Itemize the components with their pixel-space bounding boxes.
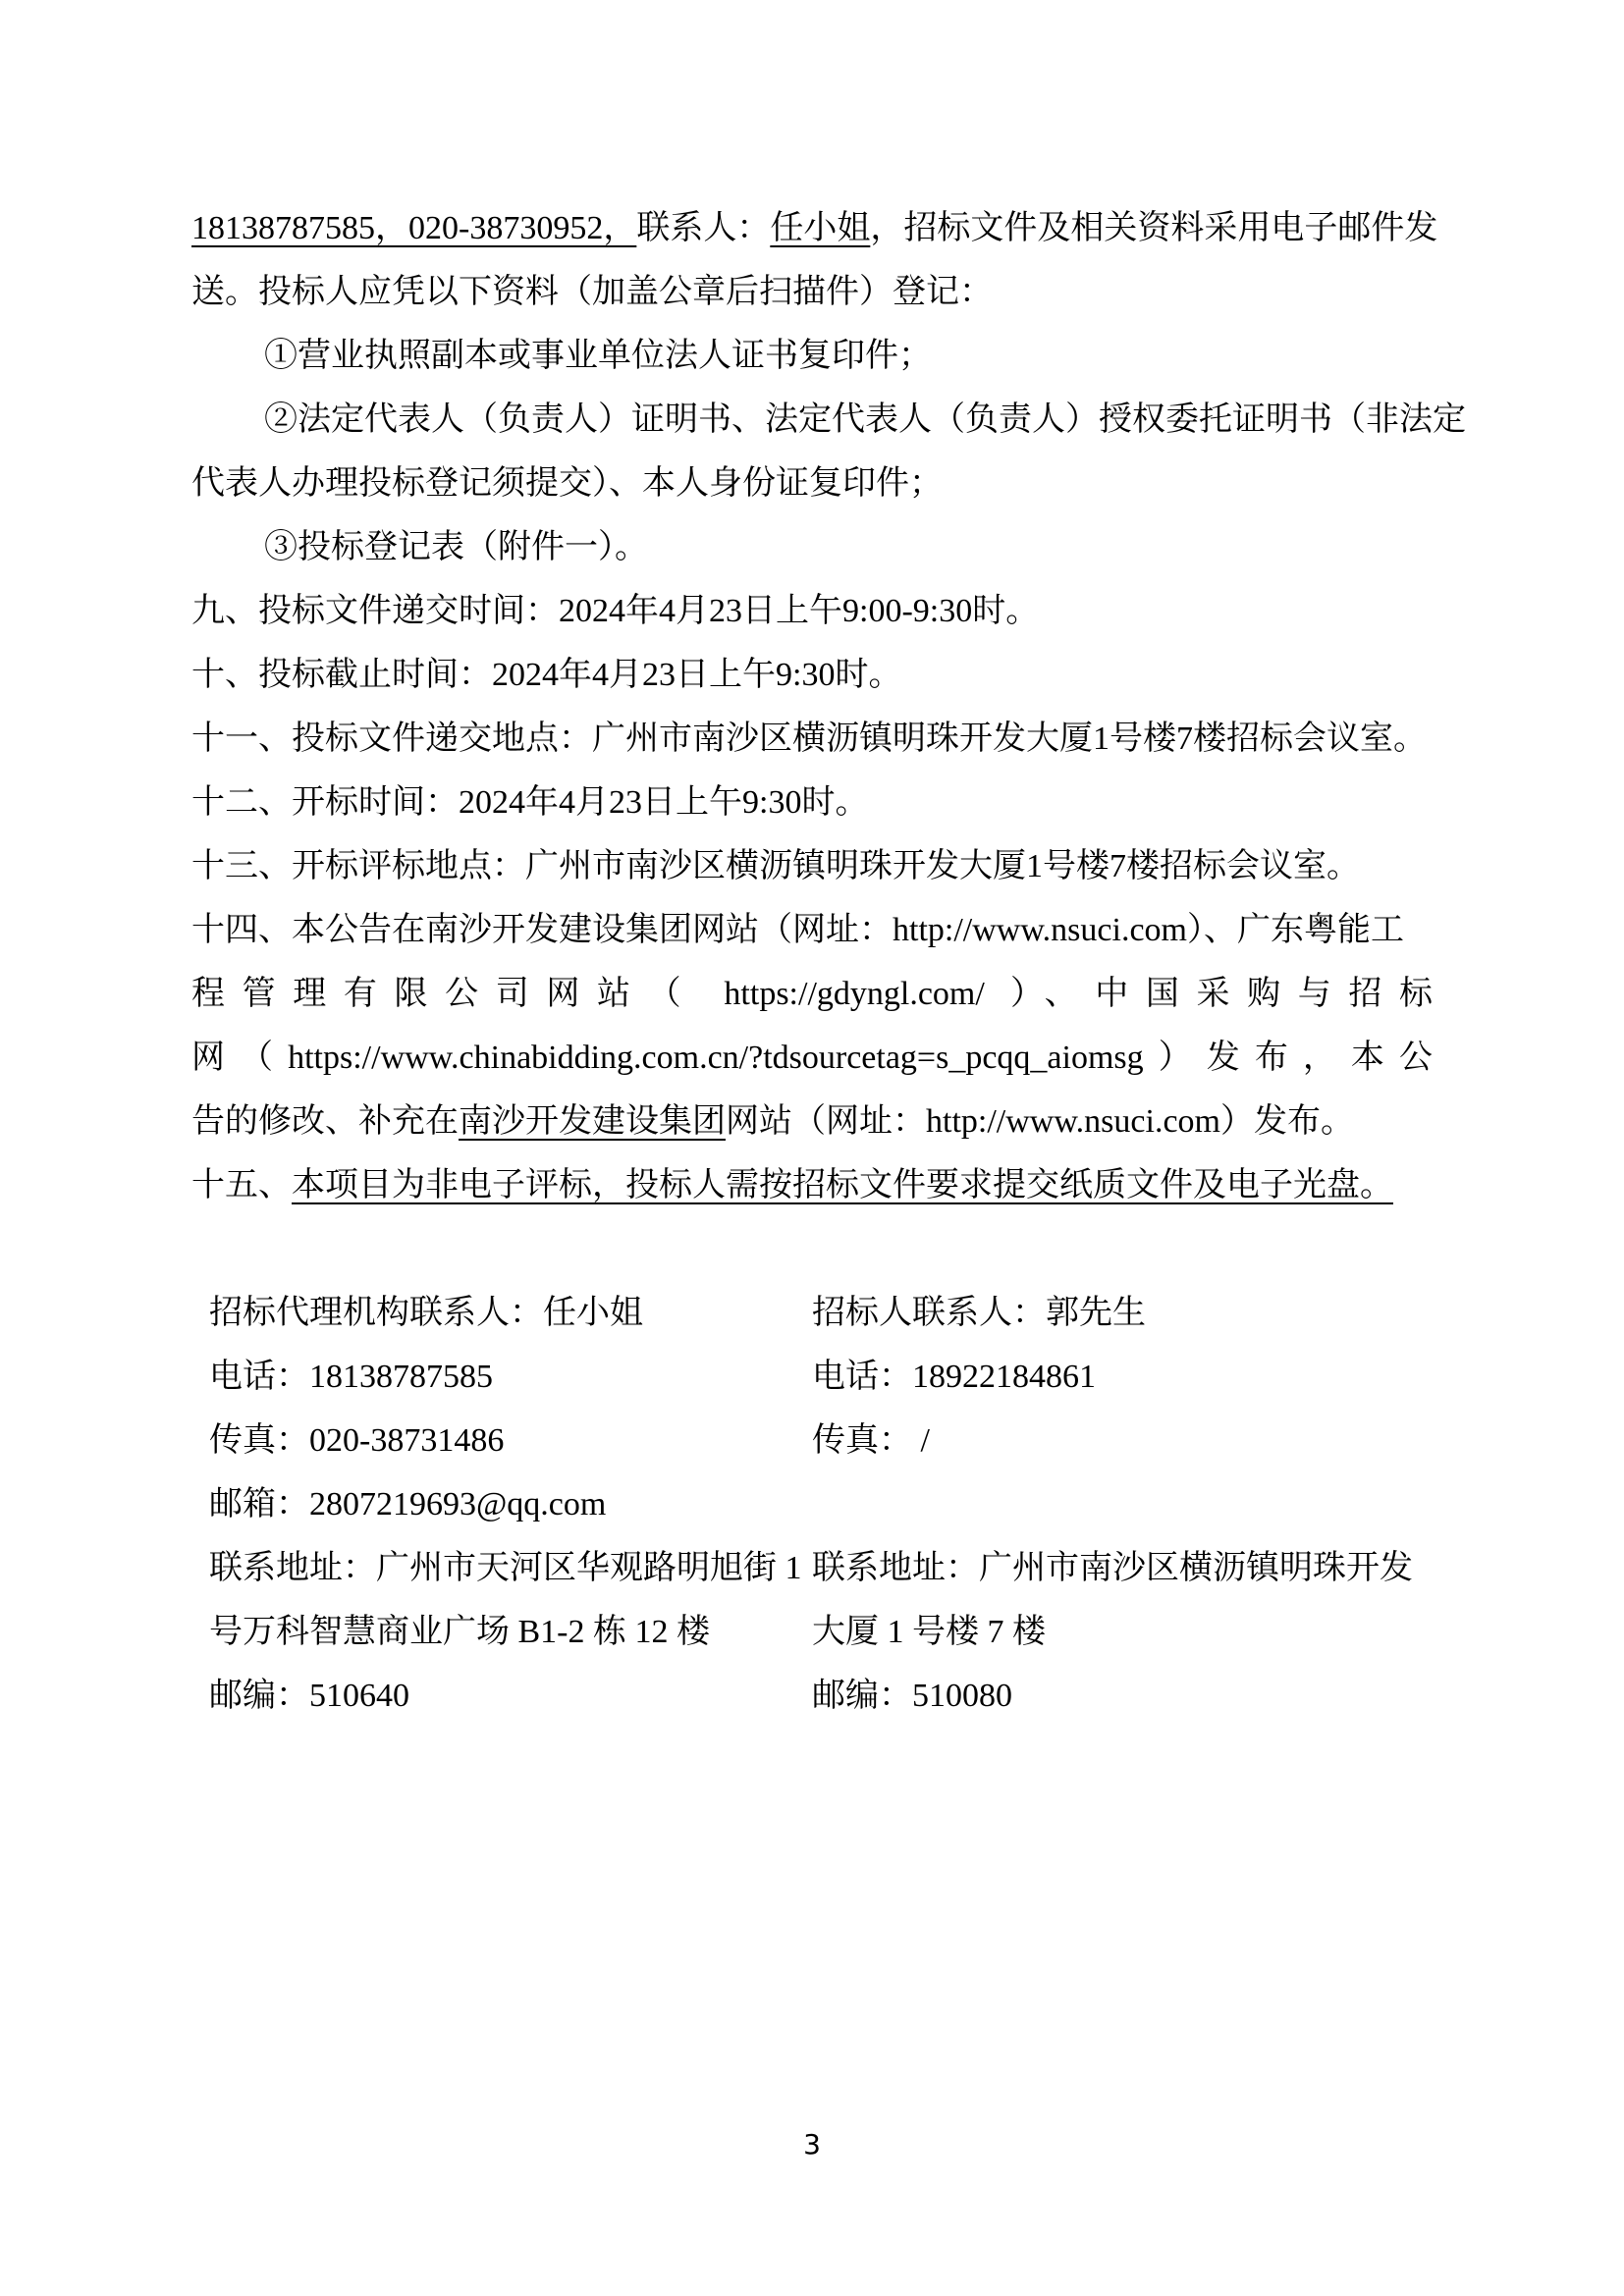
- contact-row: 邮箱：2807219693@qq.com: [209, 1472, 1436, 1536]
- tenderer-contact-text: 大厦 1 号楼 7 楼: [812, 1600, 1436, 1664]
- text-segment: ，招标文件及相关资料采用电子邮件发: [870, 210, 1437, 246]
- underlined-text-segment: 本项目为非电子评标，投标人需按招标文件要求提交纸质文件及电子光盘。: [292, 1167, 1393, 1203]
- text-segment: 代表人办理投标登记须提交）、本人身份证复印件；: [191, 465, 943, 502]
- page-number: 3: [0, 2120, 1624, 2169]
- contact-row: 招标代理机构联系人：任小姐招标人联系人：郭先生: [209, 1281, 1436, 1345]
- agency-contact-text: 邮编：510640: [209, 1664, 812, 1728]
- agency-contact-text: 电话：18138787585: [209, 1345, 812, 1409]
- agency-contact-text: 传真：020-38731486: [209, 1409, 812, 1472]
- text-segment: 网（https://www.chinabidding.com.cn/?tdsou…: [191, 1040, 1433, 1076]
- text-line: 十二、开标时间：2024年4月23日上午9:30时。: [191, 771, 1433, 834]
- text-segment: 网站（网址：http://www.nsuci.com）发布。: [726, 1103, 1354, 1140]
- tenderer-contact-text: 电话：18922184861: [812, 1345, 1436, 1409]
- text-line: 告的修改、补充在南沙开发建设集团网站（网址：http://www.nsuci.c…: [191, 1090, 1433, 1153]
- text-segment: ③投标登记表（附件一）。: [264, 529, 648, 565]
- text-segment: 十三、开标评标地点：广州市南沙区横沥镇明珠开发大厦1号楼7楼招标会议室。: [191, 848, 1360, 884]
- tenderer-contact-text: 联系地址：广州市南沙区横沥镇明珠开发: [812, 1536, 1436, 1600]
- text-line: ③投标登记表（附件一）。: [191, 515, 1433, 579]
- text-segment: ②法定代表人（负责人）证明书、法定代表人（负责人）授权委托证明书（非法定: [264, 401, 1466, 438]
- text-line: 十五、本项目为非电子评标，投标人需按招标文件要求提交纸质文件及电子光盘。: [191, 1153, 1433, 1217]
- contact-row: 联系地址：广州市天河区华观路明旭街 1联系地址：广州市南沙区横沥镇明珠开发: [209, 1536, 1436, 1600]
- text-segment: 联系人：: [636, 210, 770, 246]
- text-line: 十四、本公告在南沙开发建设集团网站（网址：http://www.nsuci.co…: [191, 898, 1433, 962]
- contact-row: 电话：18138787585电话：18922184861: [209, 1345, 1436, 1409]
- text-segment: 送。投标人应凭以下资料（加盖公章后扫描件）登记：: [191, 274, 993, 310]
- underlined-text-segment: 18138787585，020-38730952，: [191, 210, 636, 246]
- contact-row: 传真：020-38731486传真： /: [209, 1409, 1436, 1472]
- agency-contact-text: 招标代理机构联系人：任小姐: [209, 1281, 812, 1345]
- text-line: 程管理有限公司网站（ https://gdyngl.com/ ）、中国采购与招标: [191, 962, 1433, 1026]
- agency-contact-text: 联系地址：广州市天河区华观路明旭街 1: [209, 1536, 812, 1600]
- agency-contact-text: 邮箱：2807219693@qq.com: [209, 1472, 812, 1536]
- text-segment: 告的修改、补充在: [191, 1103, 459, 1140]
- text-line: 代表人办理投标登记须提交）、本人身份证复印件；: [191, 452, 1433, 515]
- contact-row: 号万科智慧商业广场 B1-2 栋 12 楼大厦 1 号楼 7 楼: [209, 1600, 1436, 1664]
- text-line: 十、投标截止时间：2024年4月23日上午9:30时。: [191, 643, 1433, 707]
- tenderer-contact-text: [812, 1472, 1436, 1536]
- contact-row: 邮编：510640邮编：510080: [209, 1664, 1436, 1728]
- underlined-text-segment: 任小姐: [770, 210, 870, 246]
- text-line: 网（https://www.chinabidding.com.cn/?tdsou…: [191, 1026, 1433, 1090]
- text-segment: 十四、本公告在南沙开发建设集团网站（网址：http://www.nsuci.co…: [191, 912, 1404, 948]
- text-line: ①营业执照副本或事业单位法人证书复印件；: [191, 324, 1433, 388]
- tenderer-contact-text: 邮编：510080: [812, 1664, 1436, 1728]
- text-segment: 十、投标截止时间：2024年4月23日上午9:30时。: [191, 657, 901, 693]
- tenderer-contact-text: 传真： /: [812, 1409, 1436, 1472]
- document-body: 18138787585，020-38730952，联系人：任小姐，招标文件及相关…: [191, 196, 1433, 1217]
- text-line: ②法定代表人（负责人）证明书、法定代表人（负责人）授权委托证明书（非法定: [191, 388, 1433, 452]
- text-line: 十一、投标文件递交地点：广州市南沙区横沥镇明珠开发大厦1号楼7楼招标会议室。: [191, 707, 1433, 771]
- tenderer-contact-text: 招标人联系人：郭先生: [812, 1281, 1436, 1345]
- text-line: 18138787585，020-38730952，联系人：任小姐，招标文件及相关…: [191, 196, 1433, 260]
- text-segment: 十五、: [191, 1167, 292, 1203]
- text-line: 送。投标人应凭以下资料（加盖公章后扫描件）登记：: [191, 260, 1433, 324]
- text-line: 九、投标文件递交时间：2024年4月23日上午9:00-9:30时。: [191, 579, 1433, 643]
- text-segment: 十二、开标时间：2024年4月23日上午9:30时。: [191, 784, 868, 821]
- text-segment: 程管理有限公司网站（ https://gdyngl.com/ ）、中国采购与招标: [191, 976, 1433, 1012]
- document-page: 18138787585，020-38730952，联系人：任小姐，招标文件及相关…: [0, 0, 1624, 2296]
- contact-info-section: 招标代理机构联系人：任小姐招标人联系人：郭先生电话：18138787585电话：…: [209, 1281, 1436, 1728]
- text-segment: 九、投标文件递交时间：2024年4月23日上午9:00-9:30时。: [191, 593, 1039, 629]
- text-segment: ①营业执照副本或事业单位法人证书复印件；: [264, 338, 932, 374]
- agency-contact-text: 号万科智慧商业广场 B1-2 栋 12 楼: [209, 1600, 812, 1664]
- text-segment: 十一、投标文件递交地点：广州市南沙区横沥镇明珠开发大厦1号楼7楼招标会议室。: [191, 721, 1427, 757]
- text-line: 十三、开标评标地点：广州市南沙区横沥镇明珠开发大厦1号楼7楼招标会议室。: [191, 834, 1433, 898]
- underlined-text-segment: 南沙开发建设集团: [459, 1103, 726, 1140]
